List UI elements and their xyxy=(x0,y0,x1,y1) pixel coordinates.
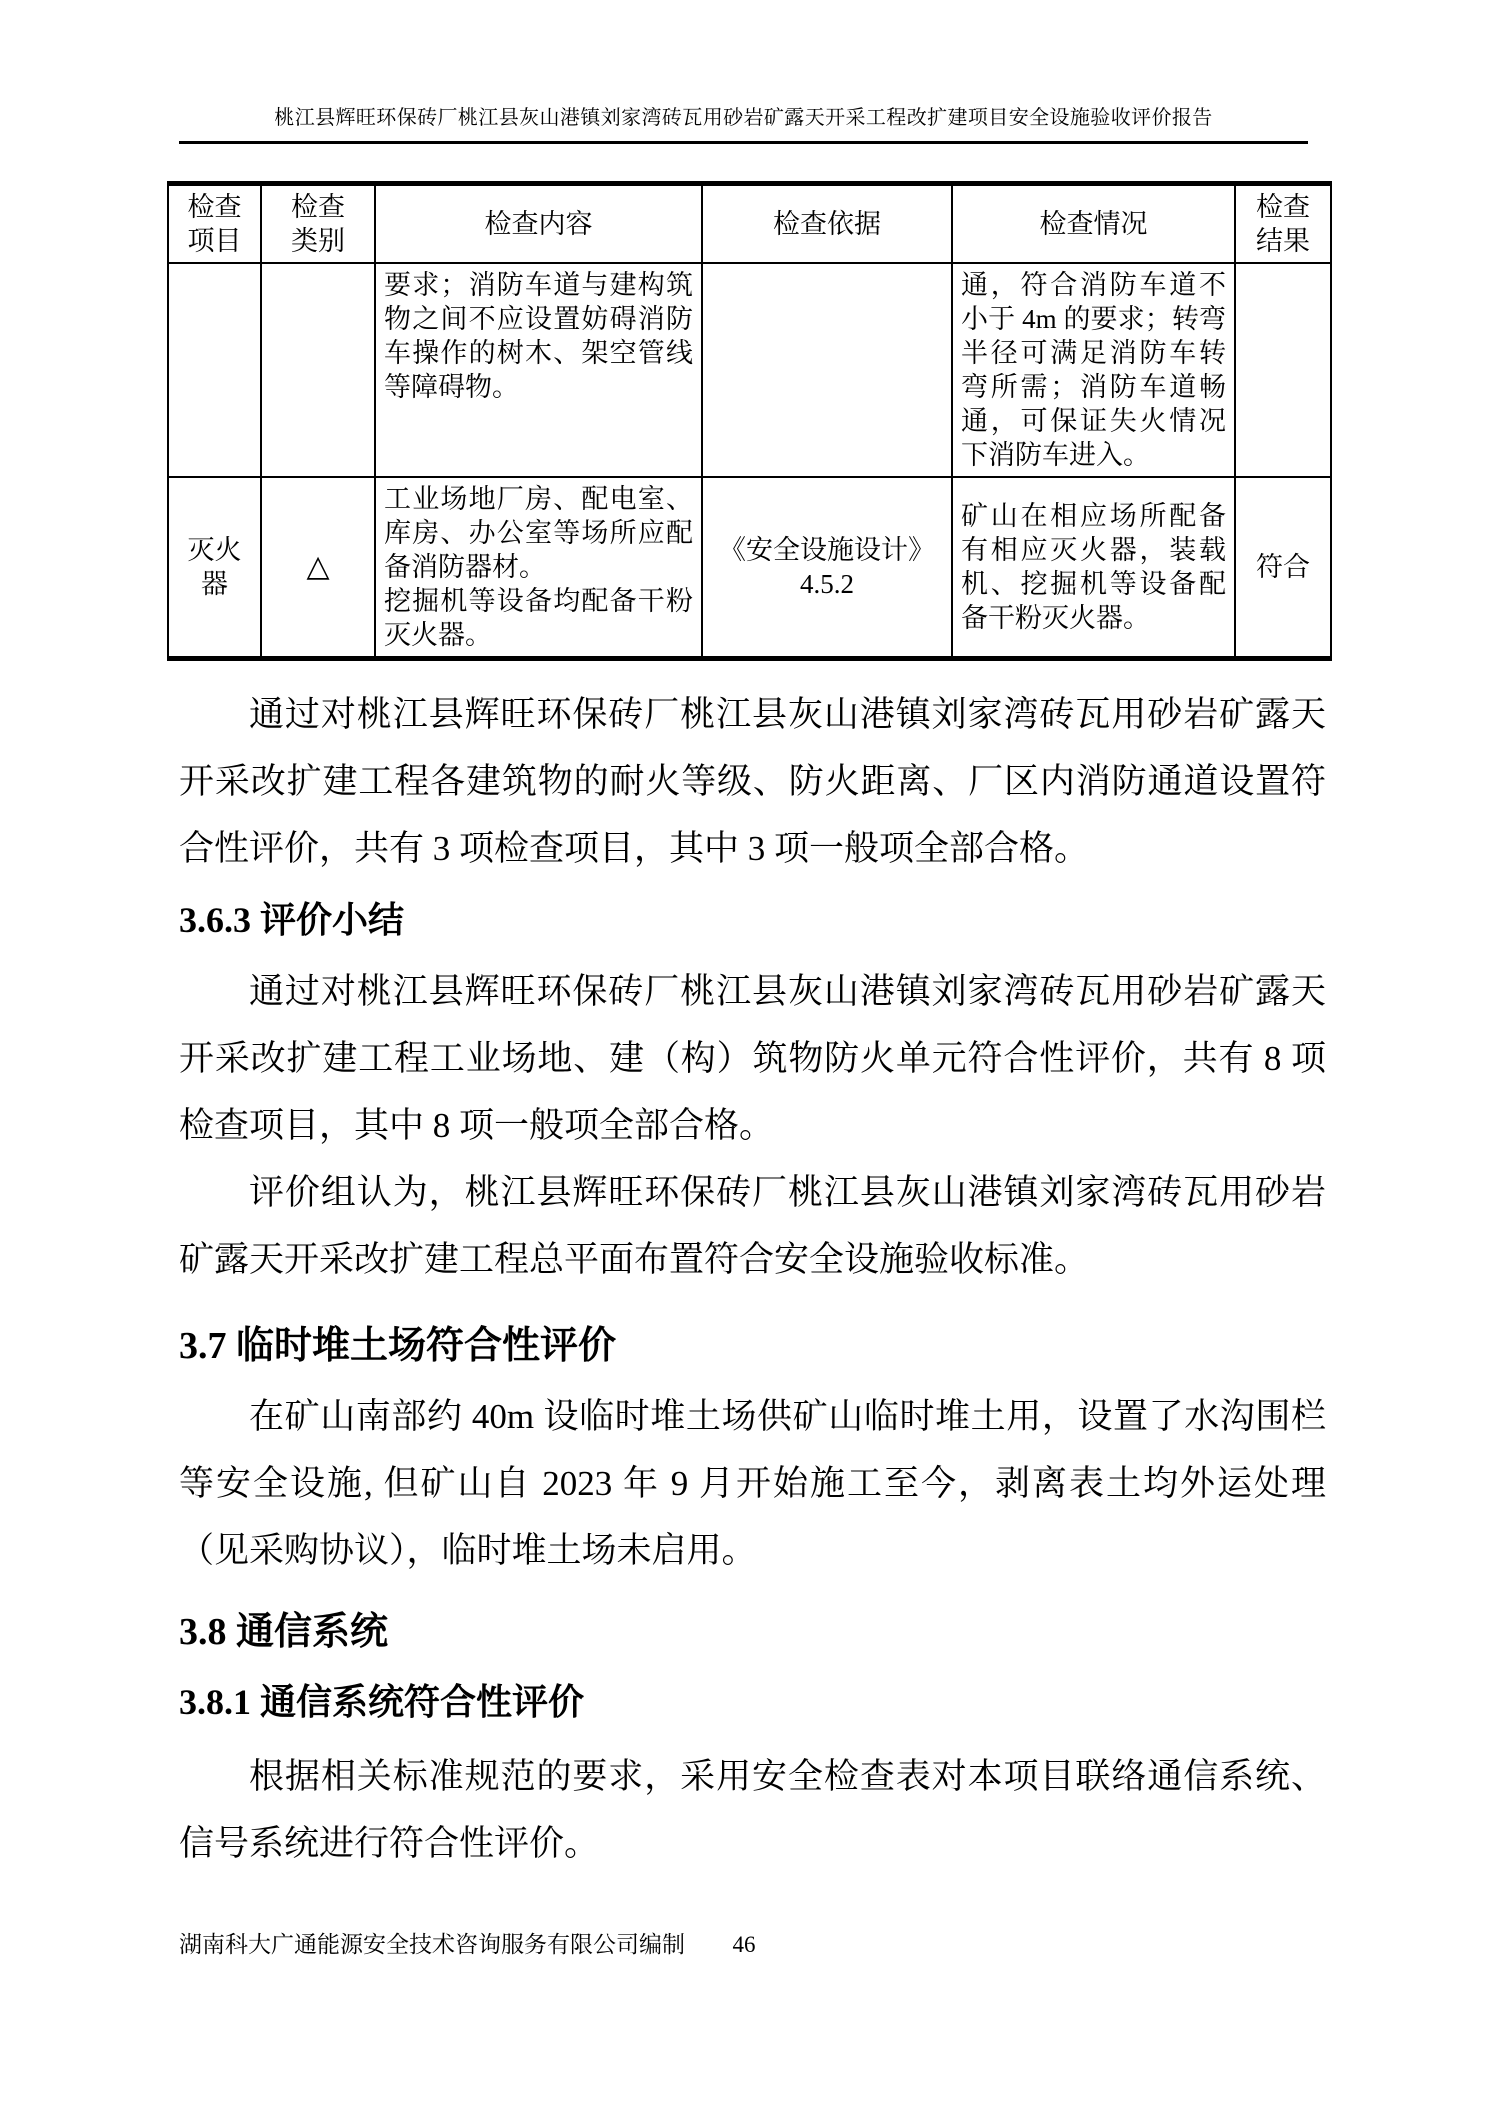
cell-situation: 矿山在相应场所配备有相应灭火器，装载机、挖掘机等设备配备干粉灭火器。 xyxy=(952,477,1235,659)
column-header-category: 检查 类别 xyxy=(261,184,375,264)
paragraph-temporary-soil-yard: 在矿山南部约 40m 设临时堆土场供矿山临时堆土用，设置了水沟围栏等安全设施, … xyxy=(179,1383,1326,1584)
heading-3-6-3-evaluation-summary: 3.6.3 评价小结 xyxy=(179,898,1330,942)
document-page: 桃江县辉旺环保砖厂桃江县灰山港镇刘家湾砖瓦用砂岩矿露天开采工程改扩建项目安全设施… xyxy=(0,0,1488,2104)
cell-category xyxy=(261,263,375,477)
table-row-continuation: 要求；消防车道与建构筑物之间不应设置妨碍消防车操作的树木、架空管线等障碍物。 通… xyxy=(168,263,1331,477)
paragraph-communication-evaluation: 根据相关标准规范的要求，采用安全检查表对本项目联络通信系统、信号系统进行符合性评… xyxy=(179,1743,1326,1877)
cell-category triangle-symbol: △ xyxy=(261,477,375,659)
page-header: 桃江县辉旺环保砖厂桃江县灰山港镇刘家湾砖瓦用砂岩矿露天开采工程改扩建项目安全设施… xyxy=(179,0,1308,144)
column-header-content: 检查内容 xyxy=(375,184,702,264)
page-number: 46 xyxy=(0,1930,1488,1960)
page-header-title: 桃江县辉旺环保砖厂桃江县灰山港镇刘家湾砖瓦用砂岩矿露天开采工程改扩建项目安全设施… xyxy=(179,106,1308,130)
cell-basis xyxy=(702,263,952,477)
column-header-situation: 检查情况 xyxy=(952,184,1235,264)
cell-content: 要求；消防车道与建构筑物之间不应设置妨碍消防车操作的树木、架空管线等障碍物。 xyxy=(375,263,702,477)
heading-3-8-communication-system: 3.8 通信系统 xyxy=(179,1608,1330,1656)
paragraph-fireproof-evaluation: 通过对桃江县辉旺环保砖厂桃江县灰山港镇刘家湾砖瓦用砂岩矿露天开采改扩建工程各建筑… xyxy=(179,681,1326,882)
cell-basis: 《安全设施设计》 4.5.2 xyxy=(702,477,952,659)
cell-item xyxy=(168,263,261,477)
page-footer: 湖南科大广通能源安全技术咨询服务有限公司编制 46 xyxy=(0,1930,1488,1962)
cell-item: 灭火器 xyxy=(168,477,261,659)
cell-result: 符合 xyxy=(1235,477,1331,659)
column-header-result: 检查 结果 xyxy=(1235,184,1331,264)
table-row-fire-extinguisher: 灭火器 △ 工业场地厂房、配电室、库房、办公室等场所应配备消防器材。 挖掘机等设… xyxy=(168,477,1331,659)
heading-3-7-temporary-soil-yard: 3.7 临时堆土场符合性评价 xyxy=(179,1322,1330,1370)
column-header-item: 检查 项目 xyxy=(168,184,261,264)
inspection-table: 检查 项目 检查 类别 检查内容 检查依据 检查情况 检查 结果 要求；消防车道… xyxy=(167,181,1332,661)
paragraph-fire-unit-evaluation: 通过对桃江县辉旺环保砖厂桃江县灰山港镇刘家湾砖瓦用砂岩矿露天开采改扩建工程工业场… xyxy=(179,958,1326,1159)
paragraph-evaluation-conclusion: 评价组认为，桃江县辉旺环保砖厂桃江县灰山港镇刘家湾砖瓦用砂岩矿露天开采改扩建工程… xyxy=(179,1159,1326,1293)
cell-content: 工业场地厂房、配电室、库房、办公室等场所应配备消防器材。 挖掘机等设备均配备干粉… xyxy=(375,477,702,659)
cell-result xyxy=(1235,263,1331,477)
column-header-basis: 检查依据 xyxy=(702,184,952,264)
cell-situation: 通，符合消防车道不小于 4m 的要求；转弯半径可满足消防车转弯所需；消防车道畅通… xyxy=(952,263,1235,477)
table-header-row: 检查 项目 检查 类别 检查内容 检查依据 检查情况 检查 结果 xyxy=(168,184,1331,264)
heading-3-8-1-communication-evaluation: 3.8.1 通信系统符合性评价 xyxy=(179,1680,1330,1724)
page-content: 桃江县辉旺环保砖厂桃江县灰山港镇刘家湾砖瓦用砂岩矿露天开采工程改扩建项目安全设施… xyxy=(167,0,1330,1877)
